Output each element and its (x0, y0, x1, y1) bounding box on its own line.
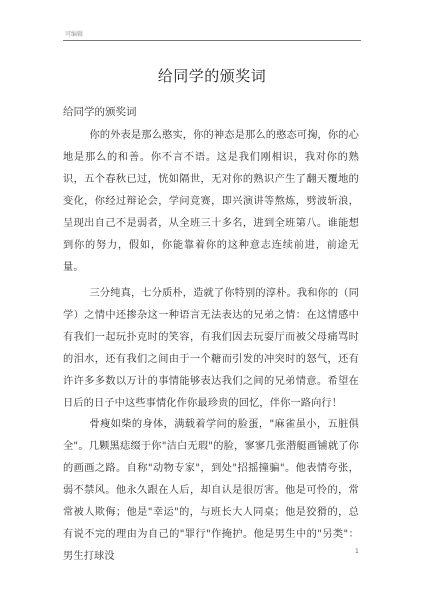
document-subtitle: 给同学的颁奖词 (63, 104, 137, 119)
page-header: 可编辑 (63, 31, 361, 41)
document-title: 给同学的颁奖词 (0, 65, 424, 86)
document-page: 可编辑 给同学的颁奖词 给同学的颁奖词 你的外表是那么憨实，你的神态是那么的憨态… (0, 0, 424, 600)
page-number: 1 (355, 548, 359, 555)
paragraph-2: 三分纯真，七分质朴，造就了你特别的淳朴。我和你的（同学）之情中还掺杂这一种语言无… (63, 283, 359, 415)
paragraph-1: 你的外表是那么憨实，你的神态是那么的憨态可掬，你的心地是那么的和善。你不言不语。… (63, 125, 359, 279)
paragraph-3: 骨瘦如柴的身体，满载着学问的脸蛋，"麻雀虽小，五脏俱全"。几颗黑痣缀于你"洁白无… (63, 414, 359, 568)
header-label: 可编辑 (65, 29, 83, 38)
